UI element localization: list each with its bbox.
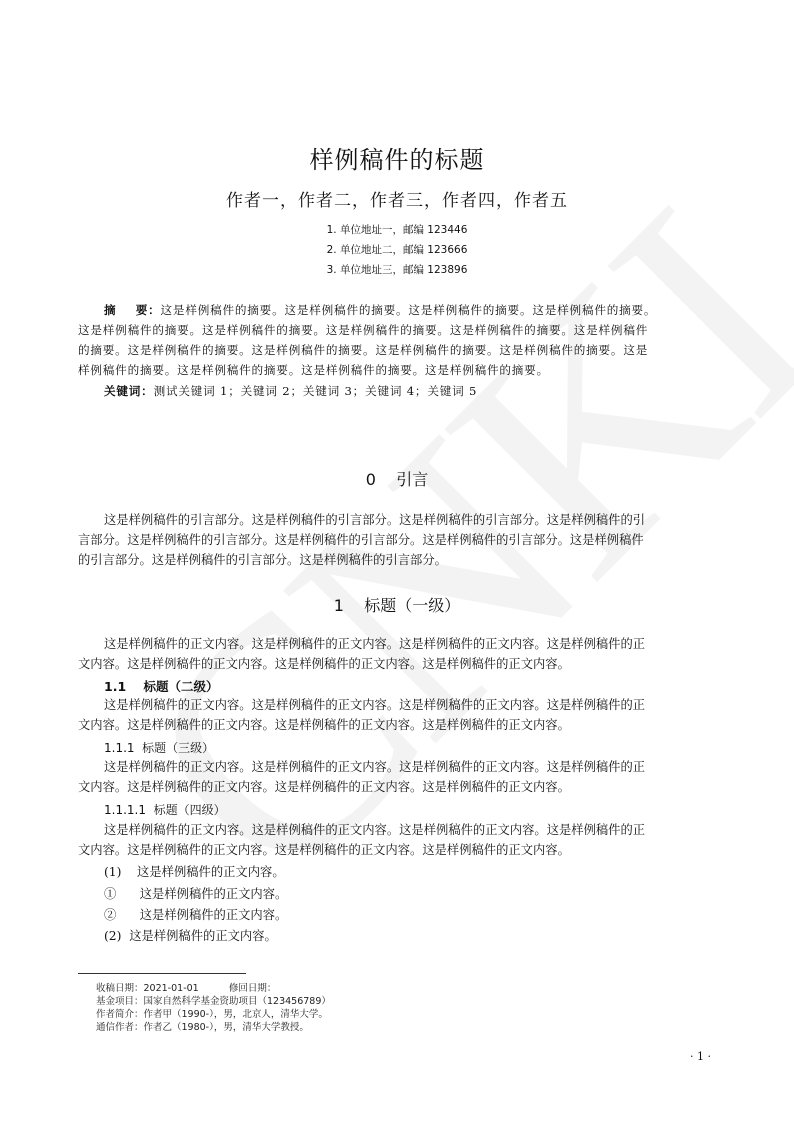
intro-line-2: 言部分。这是样例稿件的引言部分。这是样例稿件的引言部分。这是样例稿件的引言部分。… (78, 530, 644, 550)
abstract-line-2: 这是样例稿件的摘要。这是样例稿件的摘要。这是样例稿件的摘要。这是样例稿件的摘要。… (78, 320, 648, 340)
abstract-line-1: 摘 要：这是样例稿件的摘要。这是样例稿件的摘要。这是样例稿件的摘要。这是样例稿件… (104, 300, 656, 320)
author-list: 作者一，作者二，作者三，作者四，作者五 (0, 186, 794, 211)
s1111-line-2: 文内容。这是样例稿件的正文内容。这是样例稿件的正文内容。这是样例稿件的正文内容。 (78, 840, 570, 860)
intro-line-1: 这是样例稿件的引言部分。这是样例稿件的引言部分。这是样例稿件的引言部分。这是样例… (104, 510, 645, 530)
footnote-funding: 基金项目：国家自然科学基金资助项目（123456789） (96, 995, 331, 1008)
section-heading-1-1-1: 1.1.1 标题（三级） (104, 739, 214, 756)
abstract-label: 摘 要： (104, 303, 161, 317)
section-heading-intro: 0 引言 (0, 467, 794, 490)
section-heading-1: 1 标题（一级） (0, 593, 794, 616)
list-item-2: (2) 这是样例稿件的正文内容。 (104, 926, 277, 946)
list-item-circled-1: ① 这是样例稿件的正文内容。 (104, 884, 287, 904)
paper-title: 样例稿件的标题 (0, 140, 794, 175)
footnote-author-bio: 作者简介：作者甲（1990-），男，北京人，清华大学。 (96, 1008, 328, 1021)
keywords-line: 关键词：测试关键词 1；关键词 2；关键词 3；关键词 4；关键词 5 (104, 381, 477, 401)
affiliation-3: 3. 单位地址三，邮编 123896 (0, 262, 794, 277)
abstract-line-3: 的摘要。这是样例稿件的摘要。这是样例稿件的摘要。这是样例稿件的摘要。这是样例稿件… (78, 340, 648, 360)
affiliation-2: 2. 单位地址二，邮编 123666 (0, 242, 794, 257)
list-item-1: (1) 这是样例稿件的正文内容。 (104, 862, 285, 882)
s11-line-1: 这是样例稿件的正文内容。这是样例稿件的正文内容。这是样例稿件的正文内容。这是样例… (104, 695, 645, 715)
s1-line-1: 这是样例稿件的正文内容。这是样例稿件的正文内容。这是样例稿件的正文内容。这是样例… (104, 634, 645, 654)
footnote-received-date: 收稿日期：2021-01-01 修回日期： (96, 982, 276, 995)
s1111-line-1: 这是样例稿件的正文内容。这是样例稿件的正文内容。这是样例稿件的正文内容。这是样例… (104, 820, 645, 840)
footnote-corresponding-author: 通信作者：作者乙（1980-），男，清华大学教授。 (96, 1021, 309, 1034)
keywords-label: 关键词： (104, 384, 154, 398)
abstract-line-4: 样例稿件的摘要。这是样例稿件的摘要。这是样例稿件的摘要。这是样例稿件的摘要。 (78, 360, 549, 380)
s1-line-2: 文内容。这是样例稿件的正文内容。这是样例稿件的正文内容。这是样例稿件的正文内容。 (78, 654, 570, 674)
page-number: · 1 · (690, 1050, 711, 1063)
keywords-value: 测试关键词 1；关键词 2；关键词 3；关键词 4；关键词 5 (154, 384, 478, 398)
intro-line-3: 的引言部分。这是样例稿件的引言部分。这是样例稿件的引言部分。 (78, 550, 447, 570)
footnote-divider (78, 973, 246, 974)
list-item-circled-2: ② 这是样例稿件的正文内容。 (104, 905, 287, 925)
s11-line-2: 文内容。这是样例稿件的正文内容。这是样例稿件的正文内容。这是样例稿件的正文内容。 (78, 715, 570, 735)
section-heading-1-1-1-1: 1.1.1.1 标题（四级） (104, 801, 226, 818)
s111-line-2: 文内容。这是样例稿件的正文内容。这是样例稿件的正文内容。这是样例稿件的正文内容。 (78, 777, 570, 797)
s111-line-1: 这是样例稿件的正文内容。这是样例稿件的正文内容。这是样例稿件的正文内容。这是样例… (104, 757, 645, 777)
affiliation-1: 1. 单位地址一，邮编 123446 (0, 222, 794, 237)
section-heading-1-1: 1.1 标题（二级） (104, 677, 219, 695)
